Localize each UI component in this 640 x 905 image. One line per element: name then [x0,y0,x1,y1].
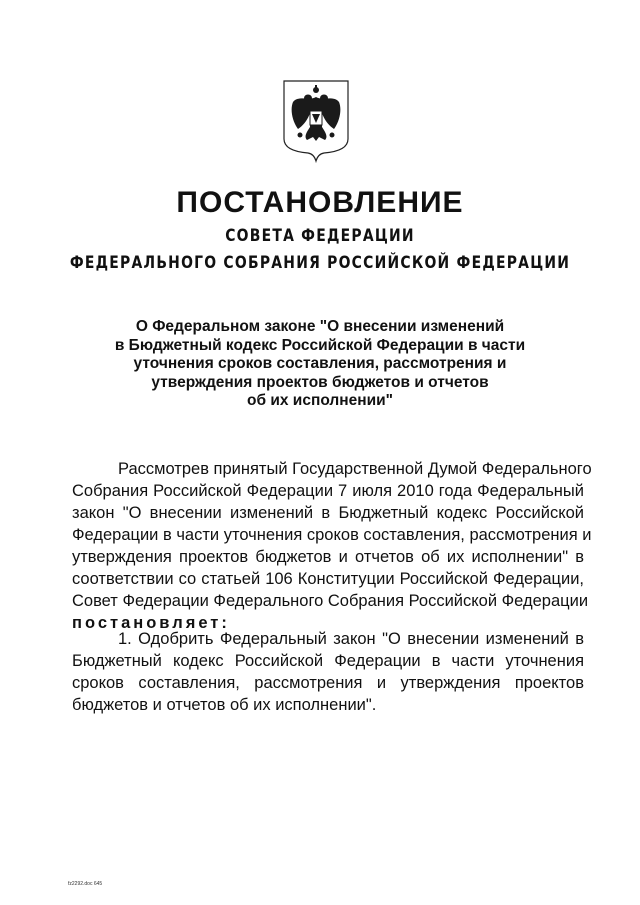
issuer-line-2: ФЕДЕРАЛЬНОГО СОБРАНИЯ РОССИЙСКОЙ ФЕДЕРАЦ… [58,253,583,273]
paragraph-line: Совет Федерации Федерального Собрания Ро… [72,590,584,612]
paragraph-line: 1. Одобрить Федеральный закон "О внесени… [72,628,584,650]
paragraph-line: сроков составления, рассмотрения и утвер… [72,672,584,694]
paragraph-line: Бюджетный кодекс Российской Федерации в … [72,650,584,672]
preamble-paragraph: Рассмотрев принятый Государственной Думо… [72,458,584,634]
subject-line: утверждения проектов бюджетов и отчетов [90,374,550,393]
paragraph-line: бюджетов и отчетов об их исполнении". [72,694,584,716]
subject-line: в Бюджетный кодекс Российской Федерации … [90,337,550,356]
paragraph-line: утверждения проектов бюджетов и отчетов … [72,546,584,568]
document-title: ПОСТАНОВЛЕНИЕ [0,186,640,220]
subject-line: О Федеральном законе "О внесении изменен… [90,318,550,337]
paragraph-line: Федерации в части уточнения сроков соста… [72,524,584,546]
item-1-paragraph: 1. Одобрить Федеральный закон "О внесени… [72,628,584,716]
paragraph-line: Рассмотрев принятый Государственной Думо… [72,458,584,480]
subject-line: уточнения сроков составления, рассмотрен… [90,355,550,374]
paragraph-line: соответствии со статьей 106 Конституции … [72,568,584,590]
paragraph-line: закон "О внесении изменений в Бюджетный … [72,502,584,524]
document-subject: О Федеральном законе "О внесении изменен… [90,318,550,411]
coat-of-arms-icon [280,77,352,163]
issuer-line-1: СОВЕТА ФЕДЕРАЦИИ [58,226,583,246]
file-reference: fz2292.doc 645 [68,881,102,887]
subject-line: об их исполнении" [90,392,550,411]
paragraph-line: Собрания Российской Федерации 7 июля 201… [72,480,584,502]
